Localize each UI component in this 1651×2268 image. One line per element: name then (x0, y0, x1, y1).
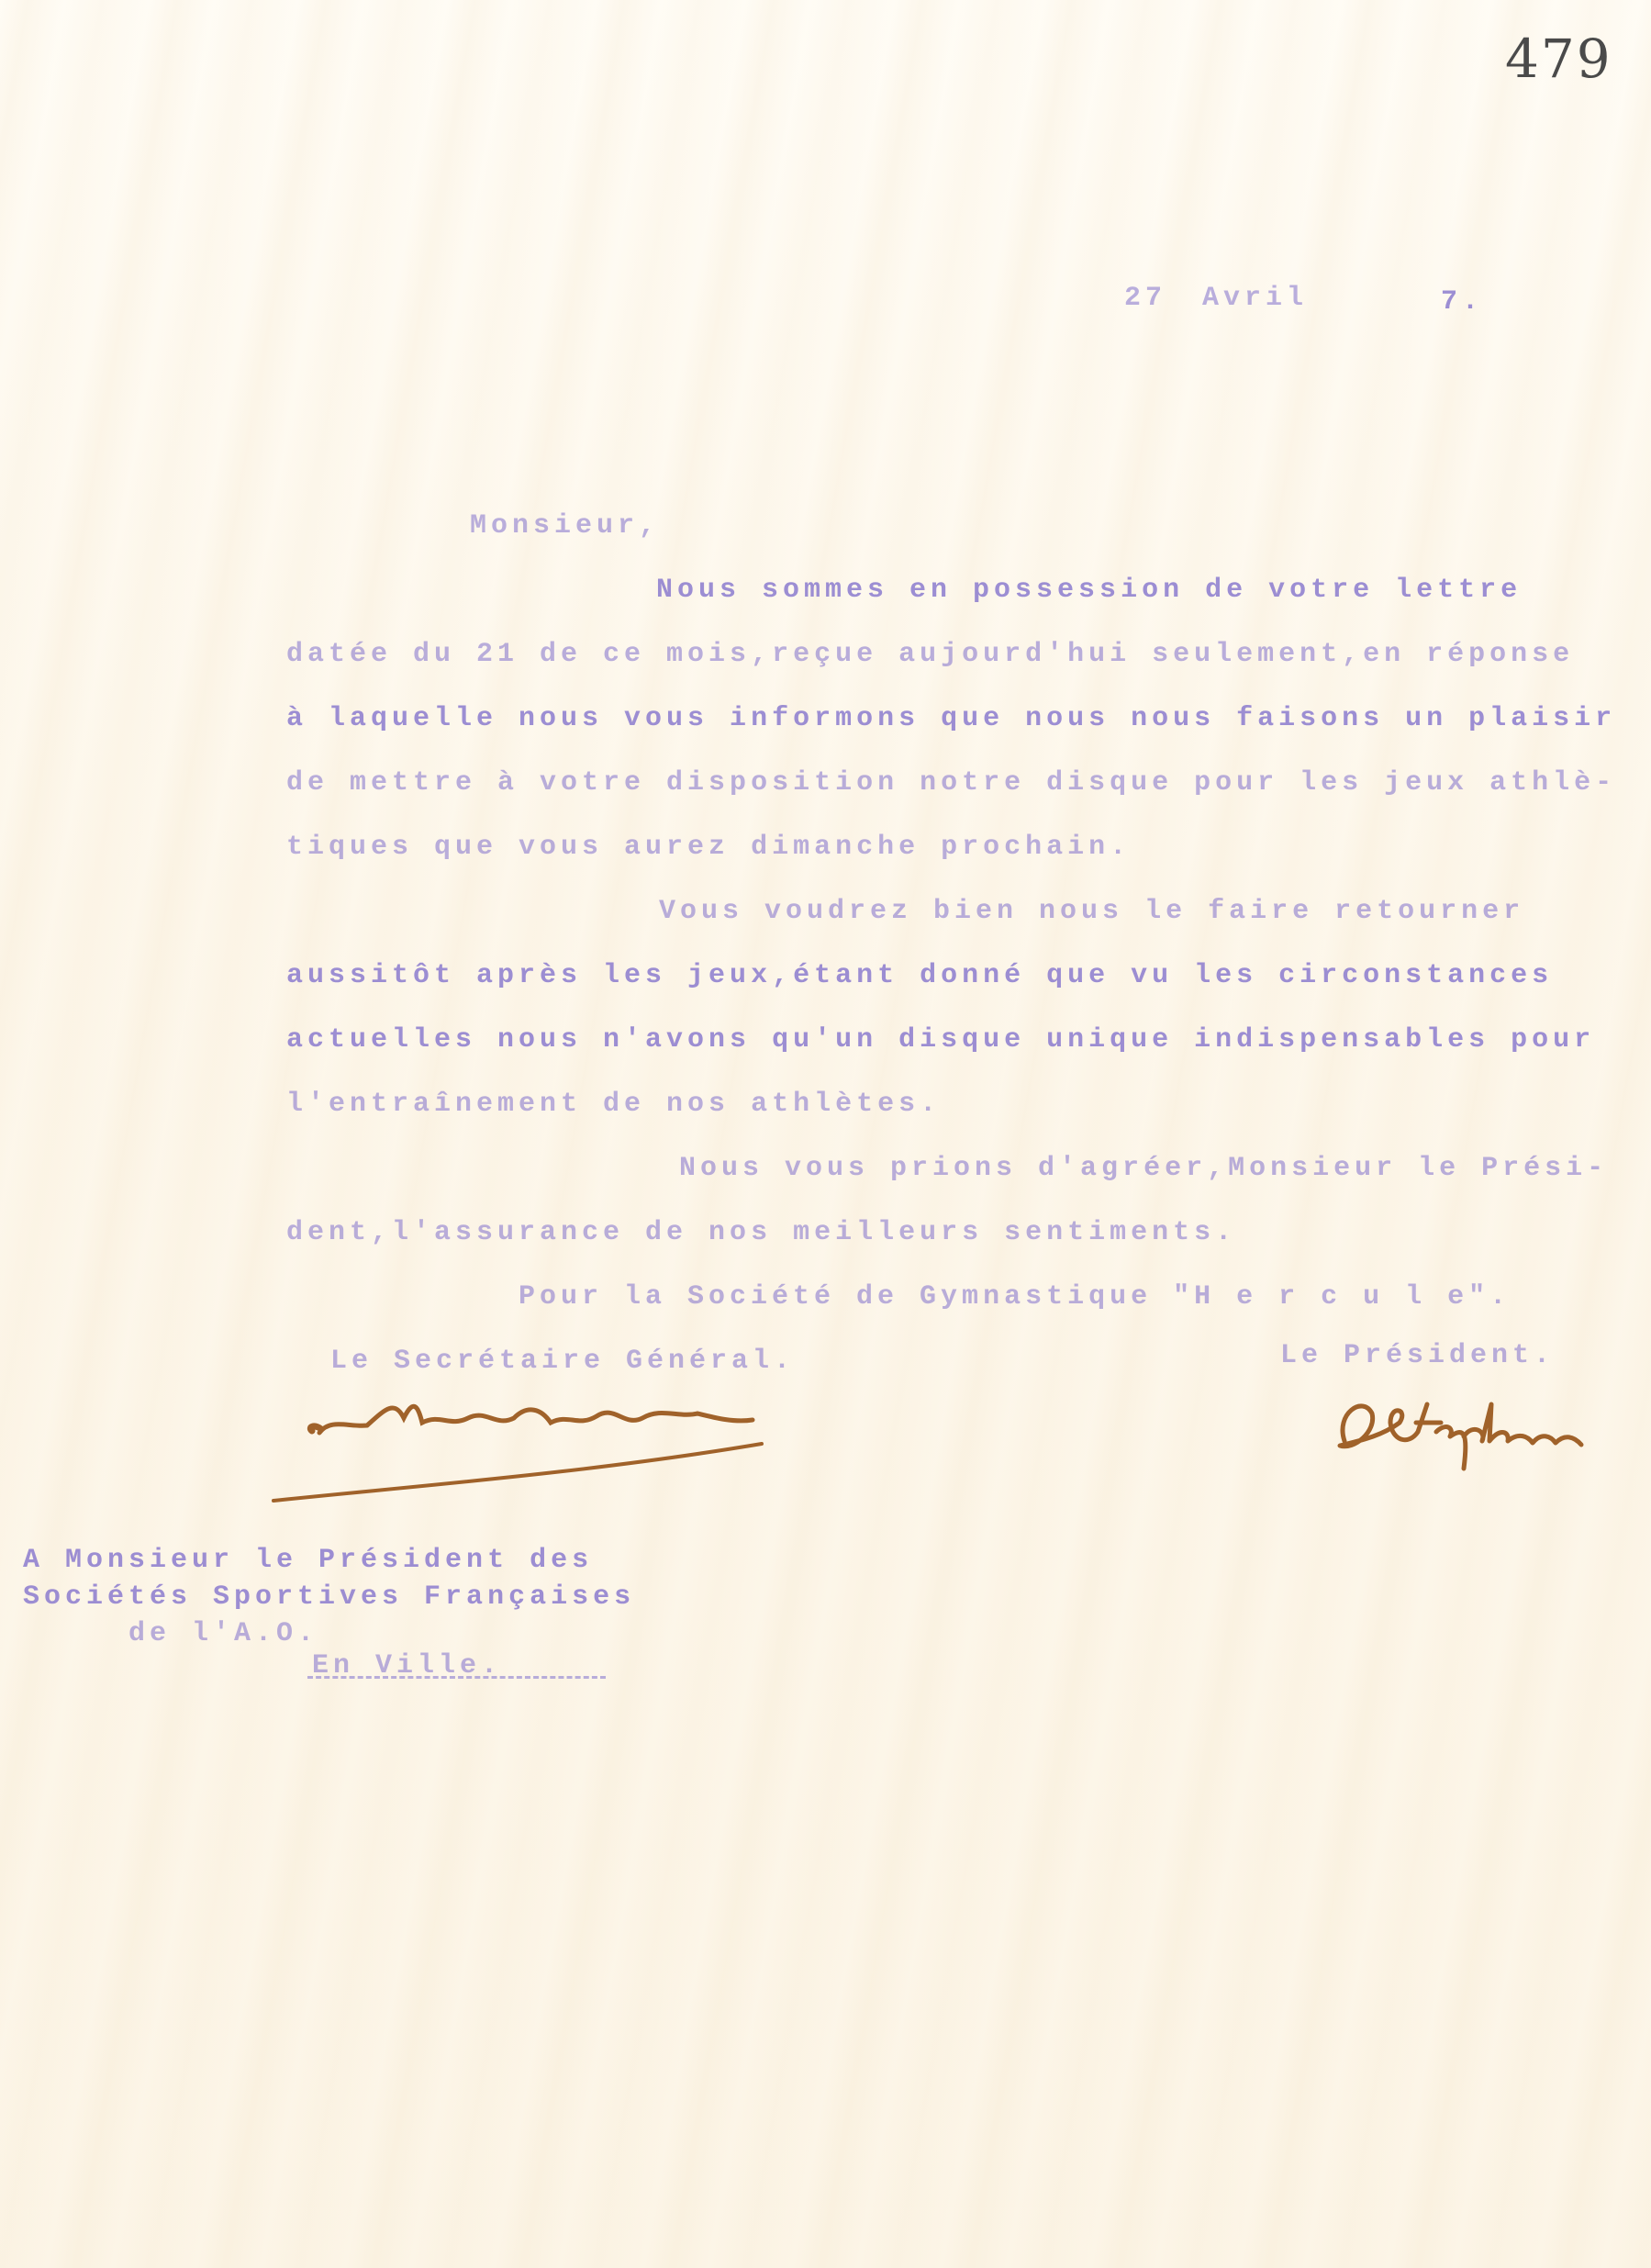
body-line-2: datée du 21 de ce mois,reçue aujourd'hui… (286, 641, 1574, 668)
body-line-9: l'entraînement de nos athlètes. (286, 1090, 941, 1118)
body-line-10: Nous vous prions d'agréer,Monsieur le Pr… (679, 1155, 1608, 1182)
body-line-11: dent,l'assurance de nos meilleurs sentim… (286, 1219, 1236, 1246)
closing-organization: Pour la Société de Gymnastique "H e r c … (519, 1283, 1511, 1311)
body-line-7: aussitôt après les jeux,étant donné que … (286, 962, 1553, 989)
body-line-1: Nous sommes en possession de votre lettr… (656, 576, 1522, 604)
folio-number: 479 (1505, 28, 1612, 90)
document-page (0, 0, 1651, 2268)
recipient-line-3: de l'A.O. (128, 1620, 318, 1648)
secretary-signature-icon (266, 1391, 817, 1510)
recipient-underline (307, 1676, 606, 1679)
president-title: Le Président. (1280, 1342, 1555, 1369)
date-year: 7. (1441, 288, 1483, 316)
body-line-8: actuelles nous n'avons qu'un disque uniq… (286, 1026, 1595, 1054)
president-signature-icon (1326, 1386, 1601, 1478)
body-line-4: de mettre à votre disposition notre disq… (286, 769, 1616, 797)
body-line-5: tiques que vous aurez dimanche prochain. (286, 833, 1131, 861)
date-day: 27 (1124, 285, 1166, 312)
body-line-6: Vous voudrez bien nous le faire retourne… (659, 898, 1524, 925)
secretary-title: Le Secrétaire Général. (330, 1347, 795, 1375)
recipient-line-1: A Monsieur le Président des (23, 1547, 593, 1574)
recipient-line-2: Sociétés Sportives Françaises (23, 1583, 635, 1611)
body-line-3: à laquelle nous vous informons que nous … (286, 705, 1616, 732)
salutation: Monsieur, (470, 512, 660, 540)
date-month: Avril (1202, 285, 1308, 312)
